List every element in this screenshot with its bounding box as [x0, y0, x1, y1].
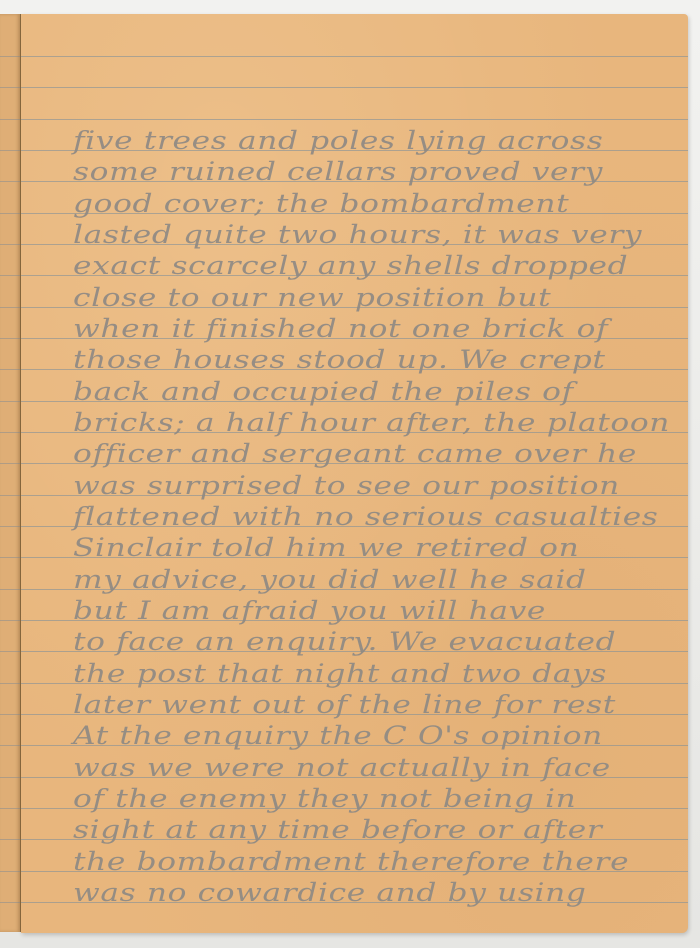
- text-line: lasted quite two hours, it was very: [73, 220, 642, 250]
- text-line: back and occupied the piles of: [73, 377, 574, 407]
- ruled-line: [21, 119, 688, 120]
- text-line: officer and sergeant came over he: [73, 439, 637, 469]
- facing-page-ruled-line: [0, 902, 20, 903]
- facing-page-ruled-line: [0, 87, 20, 88]
- facing-page-ruled-line: [0, 307, 20, 308]
- facing-page-ruled-line: [0, 651, 20, 652]
- facing-page-ruled-line: [0, 150, 20, 151]
- facing-page-ruled-line: [0, 56, 20, 57]
- text-line: to face an enquiry. We evacuated: [73, 627, 616, 657]
- facing-page-ruled-line: [0, 213, 20, 214]
- facing-page-ruled-line: [0, 119, 20, 120]
- text-line: close to our new position but: [73, 283, 551, 313]
- text-line: the bombardment therefore there: [73, 847, 629, 877]
- facing-page-ruled-line: [0, 871, 20, 872]
- text-line: my advice, you did well he said: [73, 565, 587, 595]
- ruled-line: [21, 56, 688, 57]
- notebook-page: five trees and poles lying across some r…: [21, 14, 688, 933]
- text-line: those houses stood up. We crept: [73, 345, 606, 375]
- facing-page-ruled-line: [0, 338, 20, 339]
- ruled-line: [21, 87, 688, 88]
- text-line: the post that night and two days: [73, 659, 607, 689]
- text-line: of the enemy they not being in: [73, 784, 576, 814]
- facing-page-ruled-line: [0, 839, 20, 840]
- facing-page-ruled-line: [0, 620, 20, 621]
- text-line: flattened with no serious casualties: [73, 502, 658, 532]
- facing-page-ruled-line: [0, 244, 20, 245]
- text-line: was we were not actually in face: [73, 753, 611, 783]
- text-line: was no cowardice and by using: [73, 878, 586, 908]
- text-line: bricks; a half hour after, the platoon: [73, 408, 670, 438]
- facing-page-ruled-line: [0, 777, 20, 778]
- text-line: Sinclair told him we retired on: [73, 533, 579, 563]
- facing-page-ruled-line: [0, 808, 20, 809]
- text-line: five trees and poles lying across: [73, 126, 603, 156]
- text-line: good cover; the bombardment: [73, 189, 569, 219]
- text-line: when it finished not one brick of: [73, 314, 608, 344]
- facing-page-ruled-line: [0, 495, 20, 496]
- facing-page-ruled-line: [0, 463, 20, 464]
- text-line: some ruined cellars proved very: [73, 157, 603, 187]
- facing-page-ruled-line: [0, 745, 20, 746]
- facing-page-ruled-line: [0, 432, 20, 433]
- facing-page-ruled-line: [0, 401, 20, 402]
- facing-page-ruled-line: [0, 714, 20, 715]
- facing-page-ruled-line: [0, 275, 20, 276]
- text-line: but I am afraid you will have: [73, 596, 546, 626]
- facing-page-ruled-line: [0, 369, 20, 370]
- facing-page-ruled-line: [0, 683, 20, 684]
- text-line: sight at any time before or after: [73, 815, 602, 845]
- text-line: later went out of the line for rest: [73, 690, 616, 720]
- text-line: exact scarcely any shells dropped: [73, 251, 628, 281]
- facing-page-ruled-line: [0, 589, 20, 590]
- text-line: At the enquiry the C O's opinion: [73, 721, 603, 751]
- text-line: was surprised to see our position: [73, 471, 620, 501]
- facing-page-ruled-line: [0, 181, 20, 182]
- facing-page-ruled-line: [0, 526, 20, 527]
- facing-page-edge: [0, 14, 22, 932]
- facing-page-ruled-line: [0, 557, 20, 558]
